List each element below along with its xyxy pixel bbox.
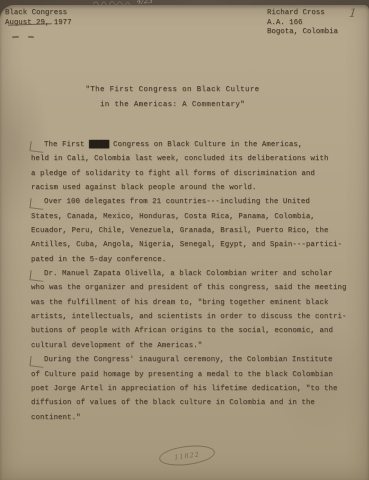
title-line1: "The First Congress on Black Culture [85,86,259,94]
typed-line: The First █████ Congress on Black Cultur… [31,141,361,155]
typed-line: Ecuador, Peru, Chile, Venezuela, Granada… [31,227,361,241]
document-page: Black CongressAugust 29, 1977 Richard Cr… [0,5,369,480]
typed-line-text: cultural development of the Americas." [31,342,202,350]
typed-line-text: butions of people with African origins t… [31,327,333,335]
scanned-document: { "page": { "header_left": { "line1": "B… [0,0,369,480]
typed-line-text: continent." [31,414,81,422]
pencil-paragraph-mark [29,356,44,368]
pencil-dash [28,36,34,38]
header-right-line1: Richard Cross [267,9,325,17]
oval-pencil-stamp: 11822 [158,443,216,469]
pencil-paragraph-mark [29,270,44,282]
pencil-paragraph-mark [29,141,44,153]
typed-line-text: Ecuador, Peru, Chile, Venezuela, Granada… [31,227,328,235]
header-right: Richard CrossA.A. 166Bogota, Colombia [267,9,338,38]
typed-line: pated in the 5-day conference. [31,256,361,270]
typed-line-text: of Culture paid homage by presenting a m… [31,371,333,379]
document-title: "The First Congress on Black Culturein t… [0,83,345,113]
typed-line: Over 100 delegates from 21 countries---i… [31,198,361,212]
pencil-paragraph-mark [29,199,44,211]
stamp-text: 11822 [174,450,200,461]
typed-line-text: Over 100 delegates from 21 countries---i… [44,198,310,206]
title-line2: in the Americas: A Commentary" [100,101,245,109]
typed-line: racism used against black people around … [31,184,361,198]
typed-line: poet Jorge Artel in appreciation of his … [31,385,361,399]
header-right-line3: Bogota, Colombia [267,28,338,36]
typed-line: butions of people with African origins t… [31,327,361,341]
handwritten-page-number: 1 [348,6,357,21]
header-right-line2: A.A. 166 [267,19,302,27]
typed-line-text: Antilles, Cuba, Angola, Nigeria, Senegal… [31,241,342,249]
typed-line: continent." [31,414,361,428]
typed-line: cultural development of the Americas." [31,342,361,356]
typed-line: of Culture paid homage by presenting a m… [31,371,361,385]
typed-line: artists, intellectuals, and scientists i… [31,313,361,327]
typed-line: a pledge of solidarity to fight all form… [31,170,361,184]
typed-line-text: who was the organizer and president of t… [31,284,347,292]
typed-line-text: a pledge of solidarity to fight all form… [31,170,315,178]
typed-line: was the fulfillment of his dream to, "br… [31,299,361,313]
typed-line-text: diffusion of values of the black culture… [31,399,315,407]
typed-line: diffusion of values of the black culture… [31,399,361,413]
redaction-mark: █████ [89,141,109,149]
pencil-dash [12,36,19,38]
typed-line: held in Cali, Colombia last week, conclu… [31,155,361,169]
typed-line-text: poet Jorge Artel in appreciation of his … [31,385,337,393]
typed-line: During the Congress' inaugural ceremony,… [31,356,361,370]
typed-line-text: The First █████ Congress on Black Cultur… [44,141,302,149]
typed-line-text: During the Congress' inaugural ceremony,… [44,356,332,364]
typed-line-text: Dr. Manuel Zapata Olivella, a black Colo… [44,270,332,278]
typed-line-text: artists, intellectuals, and scientists i… [31,313,347,321]
typed-line-text: racism used against black people around … [31,184,256,192]
typed-line: Antilles, Cuba, Angola, Nigeria, Senegal… [31,241,361,255]
typed-line: Dr. Manuel Zapata Olivella, a black Colo… [31,270,361,284]
typed-line-text: held in Cali, Colombia last week, conclu… [31,155,328,163]
header-left-line1: Black Congress [5,9,67,17]
typed-line: States, Canada, Mexico, Honduras, Costa … [31,213,361,227]
typed-line-text: pated in the 5-day conference. [31,256,166,264]
typed-line: who was the organizer and president of t… [31,284,361,298]
typed-line-text: was the fulfillment of his dream to, "br… [31,299,328,307]
typed-line-text: States, Canada, Mexico, Honduras, Costa … [31,213,315,221]
body-text: The First █████ Congress on Black Cultur… [31,141,361,428]
